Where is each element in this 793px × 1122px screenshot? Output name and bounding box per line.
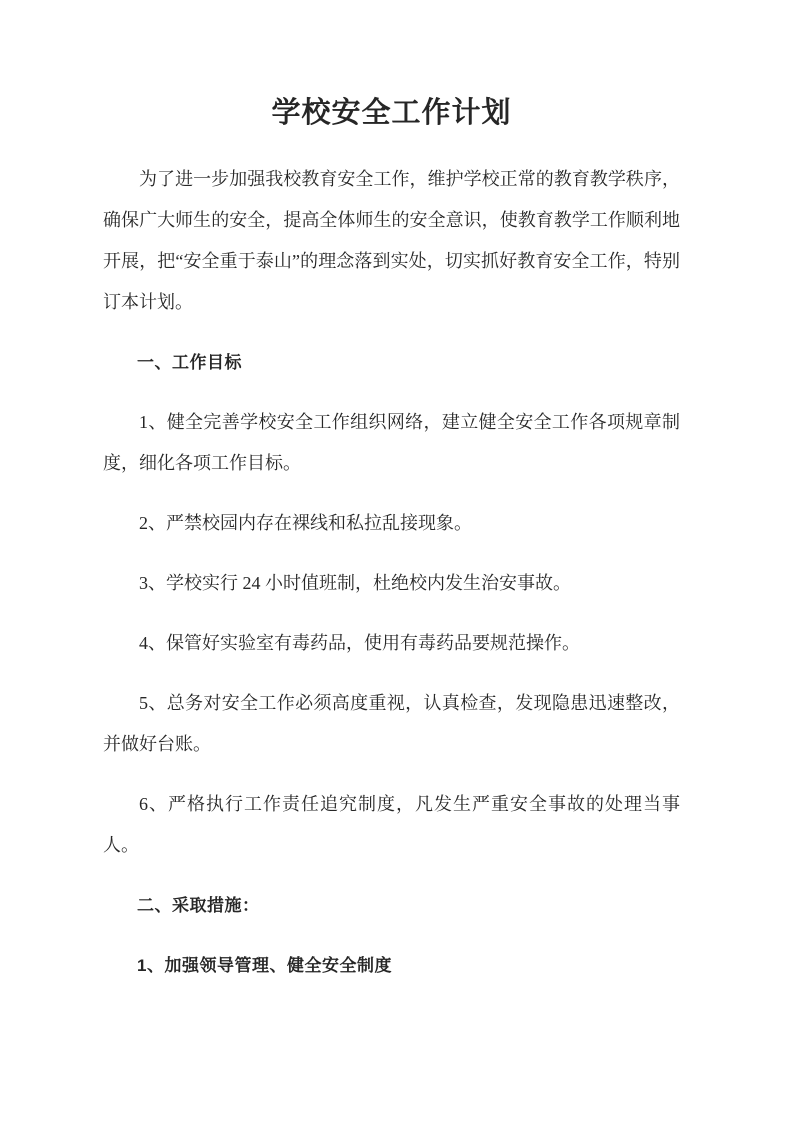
page-title: 学校安全工作计划 — [103, 93, 680, 133]
section-heading-goals: 一、工作目标 — [103, 342, 680, 383]
goal-item-3: 3、学校实行 24 小时值班制，杜绝校内发生治安事故。 — [103, 563, 680, 604]
goal-item-5: 5、总务对安全工作必须高度重视，认真检查，发现隐患迅速整改，并做好台账。 — [103, 683, 680, 765]
document-page: 学校安全工作计划 为了进一步加强我校教育安全工作，维护学校正常的教育教学秩序，确… — [0, 0, 793, 1122]
intro-paragraph: 为了进一步加强我校教育安全工作，维护学校正常的教育教学秩序，确保广大师生的安全，… — [103, 159, 680, 323]
measure-subheading: 1、加强领导管理、健全安全制度 — [103, 945, 680, 986]
goal-item-1: 1、健全完善学校安全工作组织网络，建立健全安全工作各项规章制度，细化各项工作目标… — [103, 402, 680, 484]
goal-item-6: 6、严格执行工作责任追究制度，凡发生严重安全事故的处理当事人。 — [103, 784, 680, 866]
section-heading-measures: 二、采取措施： — [103, 885, 680, 926]
goal-item-2: 2、严禁校园内存在裸线和私拉乱接现象。 — [103, 503, 680, 544]
goal-item-4: 4、保管好实验室有毒药品，使用有毒药品要规范操作。 — [103, 623, 680, 664]
